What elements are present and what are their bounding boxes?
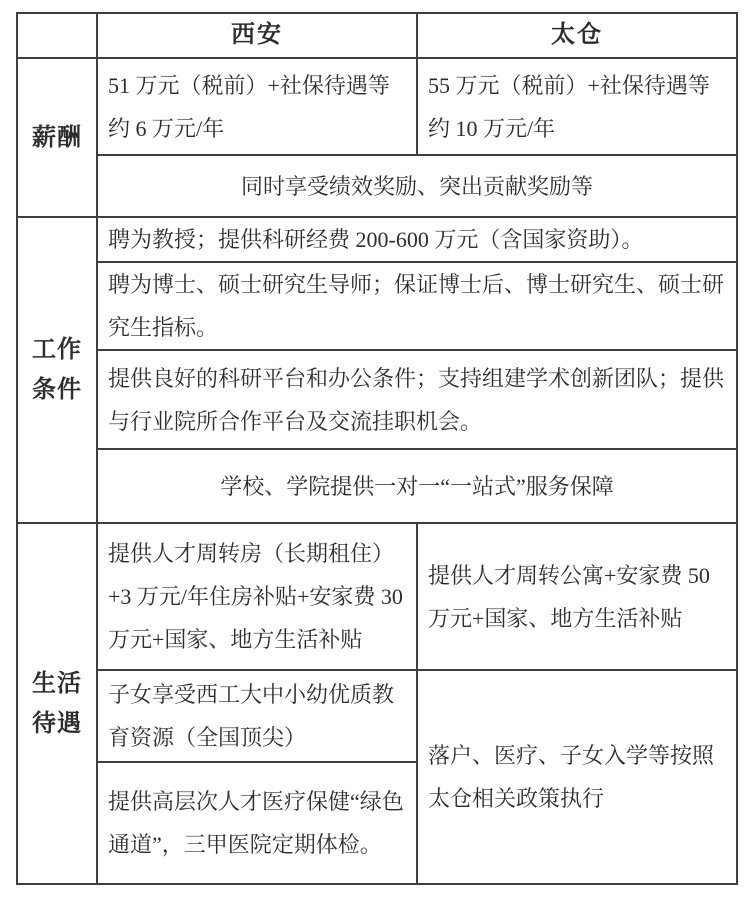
table-row: 子女享受西工大中小幼优质教育资源（全国顶尖） 落户、医疗、子女入学等按照太仓相关… [17,670,737,762]
life-taicang-policy-cell: 落户、医疗、子女入学等按照太仓相关政策执行 [417,670,737,884]
salary-shared-bonus-cell: 同时享受绩效奖励、突出贡献奖励等 [97,155,737,217]
table-row: 提供良好的科研平台和办公条件；支持组建学术创新团队；提供与行业院所合作平台及交流… [17,350,737,449]
salary-taicang-cell: 55 万元（税前）+社保待遇等约 10 万元/年 [417,58,737,155]
work-platform-cell: 提供良好的科研平台和办公条件；支持组建学术创新团队；提供与行业院所合作平台及交流… [97,350,737,449]
work-service-cell: 学校、学院提供一对一“一站式”服务保障 [97,449,737,523]
life-xian-housing-cell: 提供人才周转房（长期租住）+3 万元/年住房补贴+安家费 30 万元+国家、地方… [97,523,417,670]
row-group-label-salary: 薪酬 [17,58,97,217]
table-row: 学校、学院提供一对一“一站式”服务保障 [17,449,737,523]
column-header-xian: 西安 [97,13,417,58]
table-row: 生活待遇 提供人才周转房（长期租住）+3 万元/年住房补贴+安家费 30 万元+… [17,523,737,670]
life-taicang-housing-cell: 提供人才周转公寓+安家费 50 万元+国家、地方生活补贴 [417,523,737,670]
row-group-label-life: 生活待遇 [17,523,97,884]
work-professor-cell: 聘为教授；提供科研经费 200-600 万元（含国家资助）。 [97,217,737,262]
table-row: 西安 太仓 [17,13,737,58]
table-row: 同时享受绩效奖励、突出贡献奖励等 [17,155,737,217]
table-row: 薪酬 51 万元（税前）+社保待遇等约 6 万元/年 55 万元（税前）+社保待… [17,58,737,155]
table-row: 工作条件 聘为教授；提供科研经费 200-600 万元（含国家资助）。 [17,217,737,262]
row-group-label-work: 工作条件 [17,217,97,523]
life-xian-education-cell: 子女享受西工大中小幼优质教育资源（全国顶尖） [97,670,417,762]
salary-xian-cell: 51 万元（税前）+社保待遇等约 6 万元/年 [97,58,417,155]
work-supervisor-cell: 聘为博士、硕士研究生导师；保证博士后、博士研究生、硕士研究生指标。 [97,262,737,350]
benefits-table: 西安 太仓 薪酬 51 万元（税前）+社保待遇等约 6 万元/年 55 万元（税… [16,12,738,885]
corner-cell [17,13,97,58]
table-row: 聘为博士、硕士研究生导师；保证博士后、博士研究生、硕士研究生指标。 [17,262,737,350]
life-xian-medical-cell: 提供高层次人才医疗保健“绿色通道”，三甲医院定期体检。 [97,762,417,884]
column-header-taicang: 太仓 [417,13,737,58]
